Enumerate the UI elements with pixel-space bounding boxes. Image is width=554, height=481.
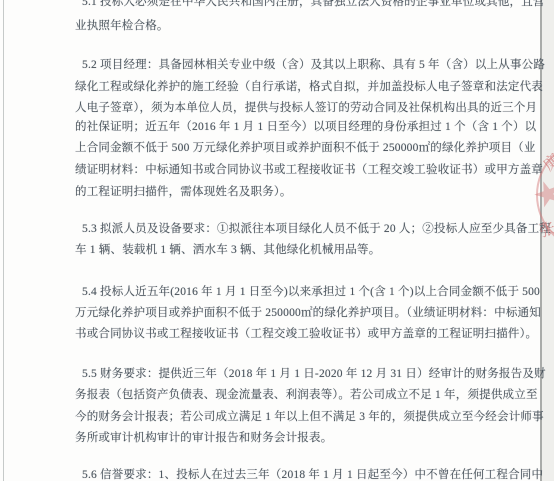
scan-edge-left — [3, 0, 4, 481]
doc-line: 今的财务会计报表；若公司成立满足 1 年以上但不满足 3 年的，须提供成立至今经… — [75, 410, 544, 424]
doc-line: 车 1 辆、装载机 1 辆、洒水车 3 辆、其他绿化机械用品等。 — [75, 243, 380, 257]
doc-line: 5.5 财务要求：提供近三年（2018 年 1 月 1 日-2020 年 12 … — [82, 367, 546, 381]
doc-line: 5.2 项目经理：具备园林相关专业中级（含）及其以上职称、具有 5 年（含）以上… — [82, 58, 545, 72]
doc-line: 绩证明材料：中标通知书或合同协议书或工程接收证书（工程交竣工验收证书）或甲方盖章 — [75, 163, 543, 177]
doc-line: 书或合同协议书或工程接收证书（工程交竣工验收证书）或甲方盖章的工程证明扫描件）。 — [75, 327, 537, 341]
doc-line: 上合同金额不低于 500 万元绿化养护项目或养护面积不低于 250000㎡的绿化… — [75, 141, 536, 155]
stamp-character-bottom: 张 — [536, 215, 554, 241]
doc-line: 人电子签章），须为本单位人员，提供与投标人签订的劳动合同及社保机构出具的近三个月 — [75, 101, 537, 115]
doc-line: 万元绿化养护项目或养护面积不低于 250000㎡的绿化养护项目。（业绩证明材料：… — [75, 306, 541, 320]
doc-line: 的社保证明；近五年（2016 年 1 月 1 日至今）以项目经理的身份承担过 1… — [75, 120, 536, 134]
doc-line: 5.1 投标人必须是在中华人民共和国内注册，具备独立法人资格的企事业单位或其他，… — [82, 0, 545, 9]
doc-line: 5.4 投标人近五年(2016 年 1 月 1 日至今)以来承担过 1 个(含 … — [82, 285, 540, 299]
doc-line: 的工程证明扫描件，需体现姓名及职务）。 — [75, 185, 292, 199]
doc-line: 5.6 信誉要求：1、投标人在过去三年（2018 年 1 月 1 日起至今）中不… — [82, 468, 543, 481]
doc-line: 务所或审计机构审计的审计报告和财务会计报表。 — [75, 431, 332, 445]
star-icon: ★ — [528, 174, 554, 216]
doc-line: 业执照年检合格。 — [75, 19, 169, 33]
scanned-document-page: 5.1 投标人必须是在中华人民共和国内注册，具备独立法人资格的企事业单位或其他，… — [0, 0, 554, 481]
doc-line: 绿化工程或绿化养护的施工经验（自行承诺，格式自拟，并加盖投标人电子签章和法定代表 — [75, 80, 543, 94]
doc-line: 务报表（包括资产负债表、现金流量表、利润表等）。若公司成立不足 1 年，须提供成… — [75, 388, 538, 402]
doc-line: 5.3 拟派人员及设备要求：①拟派往本项目绿化人员不低于 20 人；②投标人应至… — [82, 222, 551, 236]
